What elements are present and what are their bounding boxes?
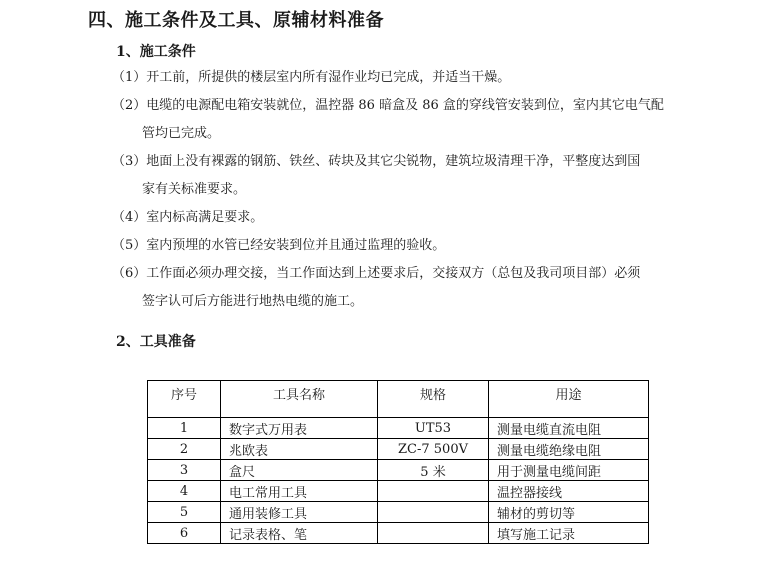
- cell-usage: 温控器接线: [489, 481, 649, 502]
- list-item-1: （1）开工前，所提供的楼层室内所有湿作业均已完成，并适当干燥。: [112, 64, 712, 92]
- cell-tool-name: 电工常用工具: [221, 481, 378, 502]
- list-item-4: （4）室内标高满足要求。: [112, 204, 712, 232]
- table-header-row: 序号 工具名称 规格 用途: [148, 381, 649, 418]
- tools-table: 序号 工具名称 规格 用途 1 数字式万用表 UT53 测量电缆直流电阻 2 兆…: [147, 380, 649, 544]
- page-title: 四、施工条件及工具、原辅材料准备: [88, 6, 384, 32]
- item-line: （3）地面上没有裸露的钢筋、铁丝、砖块及其它尖锐物，建筑垃圾清理干净，平整度达到…: [112, 154, 640, 169]
- item-line: （2）电缆的电源配电箱安装就位，温控器 86 暗盒及 86 盒的穿线管安装到位，…: [112, 98, 664, 113]
- cell-usage: 填写施工记录: [489, 523, 649, 544]
- cell-serial: 2: [148, 439, 221, 460]
- cell-serial: 3: [148, 460, 221, 481]
- cell-tool-name: 数字式万用表: [221, 418, 378, 439]
- cell-serial: 6: [148, 523, 221, 544]
- cell-serial: 1: [148, 418, 221, 439]
- table-row: 3 盒尺 5 米 用于测量电缆间距: [148, 460, 649, 481]
- cell-spec: UT53: [378, 418, 489, 439]
- section-heading-tools-preparation: 2、工具准备: [116, 331, 196, 351]
- list-item-3: （3）地面上没有裸露的钢筋、铁丝、砖块及其它尖锐物，建筑垃圾清理干净，平整度达到…: [112, 148, 712, 204]
- cell-usage: 测量电缆直流电阻: [489, 418, 649, 439]
- table-header-tool-name: 工具名称: [221, 381, 378, 418]
- cell-usage: 用于测量电缆间距: [489, 460, 649, 481]
- cell-spec: [378, 481, 489, 502]
- item-line: （4）室内标高满足要求。: [112, 210, 263, 225]
- list-item-2: （2）电缆的电源配电箱安装就位，温控器 86 暗盒及 86 盒的穿线管安装到位，…: [112, 92, 712, 148]
- cell-serial: 4: [148, 481, 221, 502]
- cell-tool-name: 记录表格、笔: [221, 523, 378, 544]
- cell-tool-name: 兆欧表: [221, 439, 378, 460]
- table-row: 1 数字式万用表 UT53 测量电缆直流电阻: [148, 418, 649, 439]
- table-row: 4 电工常用工具 温控器接线: [148, 481, 649, 502]
- cell-serial: 5: [148, 502, 221, 523]
- table-row: 6 记录表格、笔 填写施工记录: [148, 523, 649, 544]
- table-row: 5 通用装修工具 辅材的剪切等: [148, 502, 649, 523]
- document-page: 四、施工条件及工具、原辅材料准备 1、施工条件 （1）开工前，所提供的楼层室内所…: [0, 0, 760, 568]
- cell-spec: ZC-7 500V: [378, 439, 489, 460]
- item-line-continuation: 家有关标准要求。: [142, 182, 246, 197]
- cell-usage: 辅材的剪切等: [489, 502, 649, 523]
- section-heading-construction-conditions: 1、施工条件: [116, 41, 196, 61]
- item-line-continuation: 管均已完成。: [142, 126, 220, 141]
- table-header-spec: 规格: [378, 381, 489, 418]
- item-line: （1）开工前，所提供的楼层室内所有湿作业均已完成，并适当干燥。: [112, 70, 510, 85]
- list-item-6: （6）工作面必须办理交接，当工作面达到上述要求后，交接双方（总包及我司项目部）必…: [112, 260, 712, 316]
- list-item-5: （5）室内预埋的水管已经安装到位并且通过监理的验收。: [112, 232, 712, 260]
- table-header-serial: 序号: [148, 381, 221, 418]
- cell-spec: 5 米: [378, 460, 489, 481]
- cell-spec: [378, 502, 489, 523]
- item-line: （6）工作面必须办理交接，当工作面达到上述要求后，交接双方（总包及我司项目部）必…: [112, 266, 640, 281]
- table-header-usage: 用途: [489, 381, 649, 418]
- cell-spec: [378, 523, 489, 544]
- cell-tool-name: 通用装修工具: [221, 502, 378, 523]
- cell-usage: 测量电缆绝缘电阻: [489, 439, 649, 460]
- cell-tool-name: 盒尺: [221, 460, 378, 481]
- construction-conditions-list: （1）开工前，所提供的楼层室内所有湿作业均已完成，并适当干燥。 （2）电缆的电源…: [112, 64, 712, 316]
- item-line-continuation: 签字认可后方能进行地热电缆的施工。: [142, 294, 363, 309]
- table-row: 2 兆欧表 ZC-7 500V 测量电缆绝缘电阻: [148, 439, 649, 460]
- item-line: （5）室内预埋的水管已经安装到位并且通过监理的验收。: [112, 238, 445, 253]
